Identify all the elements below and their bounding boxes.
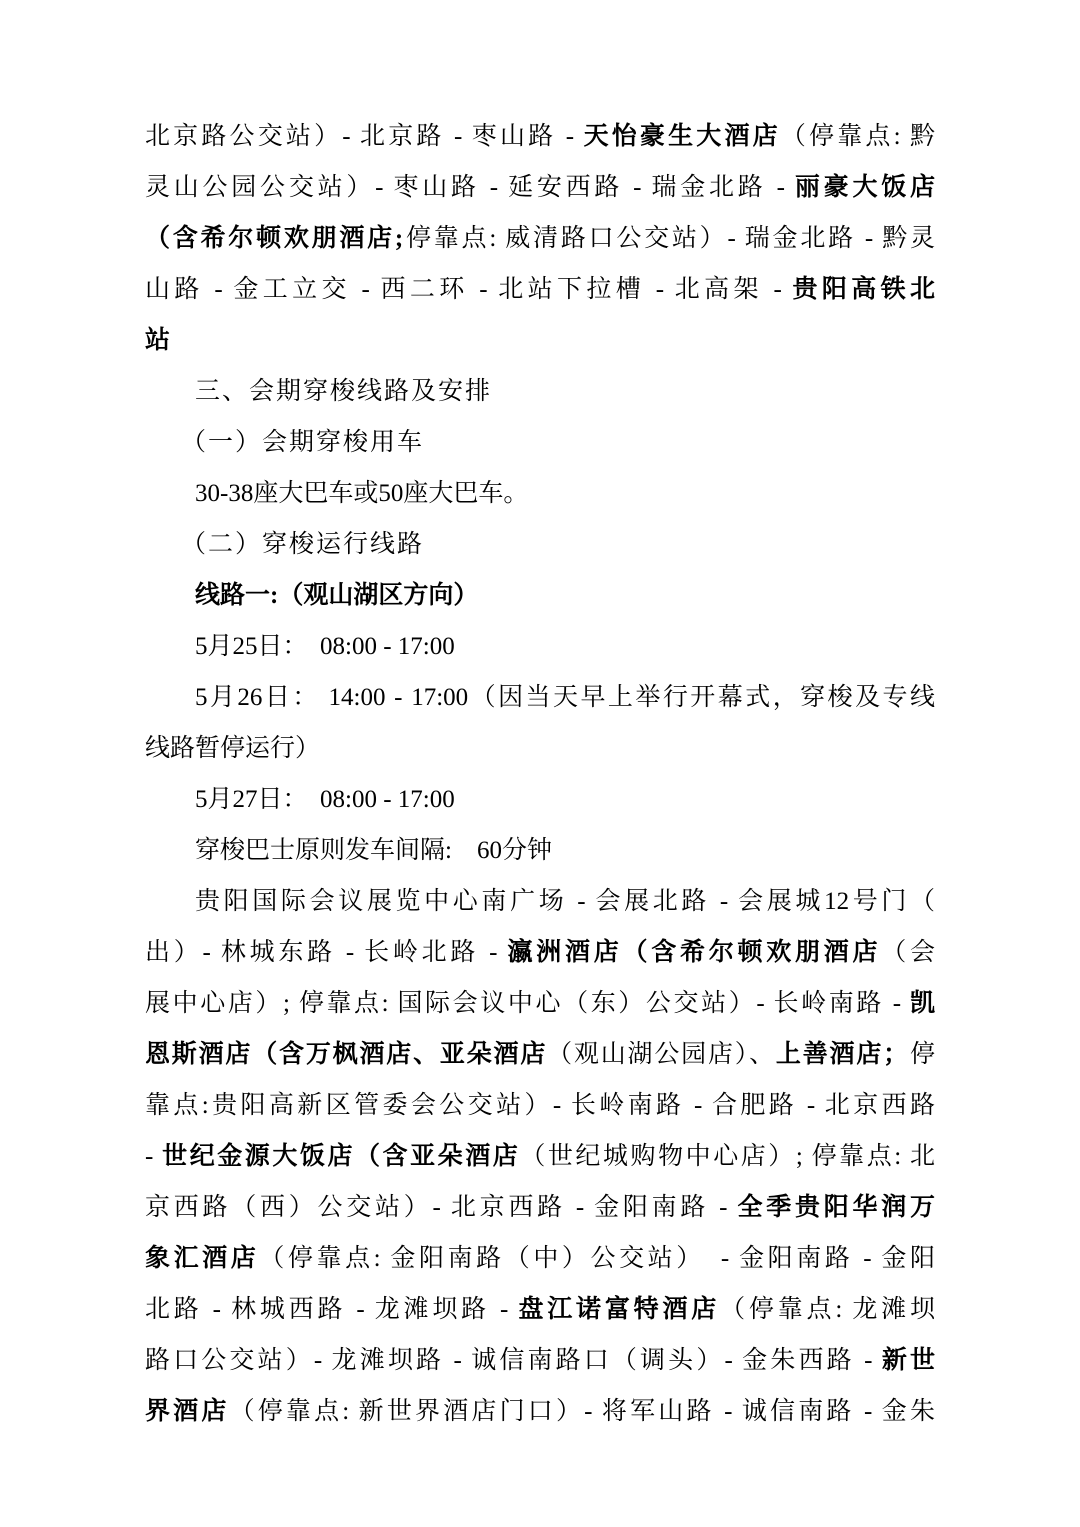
route1-description-line: 北路 - 林城西路 - 龙滩坝路 - 盘江诺富特酒店（停靠点: 龙滩坝 [145,1284,935,1335]
document-body: 北京路公交站）- 北京路 - 枣山路 - 天怡豪生大酒店（停靠点: 黔 灵山公园… [145,111,935,1437]
hotel-name-bold: 象汇酒店 [145,1245,259,1272]
text-run: 线路暂停运行） [145,735,320,762]
text-run: 5月26日： 14:00 - 17:00（因当天早上举行开幕式，穿梭及专线 [195,684,935,711]
text-run: 停靠点: 威清路口公交站）- 瑞金北路 - 黔灵 [403,225,935,252]
text-run: 靠点:贵阳高新区管委会公交站）- 长岭南路 - 合肥路 - 北京西路 [145,1092,935,1119]
text-run: 展中心店）; 停靠点: 国际会议中心（东）公交站）- 长岭南路 - [145,990,910,1017]
route2-continuation-line: 山路 - 金工立交 - 西二环 - 北站下拉槽 - 北高架 - 贵阳高铁北 [145,264,935,315]
schedule-line-may25: 5月25日： 08:00 - 17:00 [145,621,935,672]
subsection-heading-2: （二）穿梭运行线路 [145,519,935,570]
hotel-name-bold: 全季贵阳华润万 [737,1194,935,1221]
document-page: 北京路公交站）- 北京路 - 枣山路 - 天怡豪生大酒店（停靠点: 黔 灵山公园… [0,0,1080,1527]
route1-description-line: 京西路（西）公交站）- 北京西路 - 金阳南路 - 全季贵阳华润万 [145,1182,935,1233]
heading-text: 三、会期穿梭线路及安排 [195,378,492,405]
text-run: 5月25日： 08:00 - 17:00 [195,633,455,660]
heading-text: （一）会期穿梭用车 [181,429,424,456]
hotel-name-bold: 新世 [882,1347,935,1374]
route2-continuation-line: （含希尔顿欢朋酒店;停靠点: 威清路口公交站）- 瑞金北路 - 黔灵 [145,213,935,264]
text-run: 30-38座大巴车或50座大巴车。 [195,480,528,507]
station-name-bold: 站 [145,327,170,354]
schedule-line-may26: 5月26日： 14:00 - 17:00（因当天早上举行开幕式，穿梭及专线 [145,672,935,723]
hotel-name-bold: 界酒店 [145,1398,230,1425]
schedule-line-may27: 5月27日： 08:00 - 17:00 [145,774,935,825]
text-run: 5月27日： 08:00 - 17:00 [195,786,455,813]
station-name-bold: 贵阳高铁北 [792,276,935,303]
route1-description-line: 象汇酒店（停靠点: 金阳南路（中）公交站） - 金阳南路 - 金阳 [145,1233,935,1284]
route1-description-line: 贵阳国际会议展览中心南广场 - 会展北路 - 会展城12号门（ [145,876,935,927]
text-run: 路口公交站）- 龙滩坝路 - 诚信南路口（调头）- 金朱西路 - [145,1347,882,1374]
section-heading: 三、会期穿梭线路及安排 [145,366,935,417]
text-run: （观山湖公园店）、 [547,1041,776,1068]
text-run: - [145,1143,162,1170]
schedule-line-continuation: 线路暂停运行） [145,723,935,774]
text-run: 停 [908,1041,935,1068]
heading-text: （二）穿梭运行线路 [181,531,424,558]
route2-continuation-line: 灵山公园公交站）- 枣山路 - 延安西路 - 瑞金北路 - 丽豪大饭店 [145,162,935,213]
route1-description-line: 路口公交站）- 龙滩坝路 - 诚信南路口（调头）- 金朱西路 - 新世 [145,1335,935,1386]
text-run: （停靠点: 新世界酒店门口）- 将军山路 - 诚信南路 - 金朱 [230,1398,935,1425]
text-run: （停靠点: 黔 [781,123,935,150]
text-run: （停靠点: 金阳南路（中）公交站） - 金阳南路 - 金阳 [259,1245,935,1272]
route1-title: 线路一:（观山湖区方向） [145,570,935,621]
text-run: 穿梭巴士原则发车间隔: 60分钟 [195,837,552,864]
text-run: 贵阳国际会议展览中心南广场 - 会展北路 - 会展城12号门（ [195,888,935,915]
route1-description-line: 界酒店（停靠点: 新世界酒店门口）- 将军山路 - 诚信南路 - 金朱 [145,1386,935,1437]
text-run: 北路 - 林城西路 - 龙滩坝路 - [145,1296,518,1323]
route1-description-line: 靠点:贵阳高新区管委会公交站）- 长岭南路 - 合肥路 - 北京西路 [145,1080,935,1131]
interval-line: 穿梭巴士原则发车间隔: 60分钟 [145,825,935,876]
route2-continuation-line: 北京路公交站）- 北京路 - 枣山路 - 天怡豪生大酒店（停靠点: 黔 [145,111,935,162]
hotel-name-bold: 上善酒店； [776,1041,908,1068]
route1-description-line: 出）- 林城东路 - 长岭北路 - 瀛洲酒店（含希尔顿欢朋酒店（会 [145,927,935,978]
text-run: 京西路（西）公交站）- 北京西路 - 金阳南路 - [145,1194,737,1221]
hotel-name-bold: （含希尔顿欢朋酒店; [145,225,403,252]
text-run: 出）- 林城东路 - 长岭北路 - [145,939,507,966]
hotel-name-bold: 凯 [910,990,935,1017]
text-run: 山路 - 金工立交 - 西二环 - 北站下拉槽 - 北高架 - [145,276,792,303]
hotel-name-bold: 恩斯酒店（含万枫酒店、亚朵酒店 [145,1041,547,1068]
hotel-name-bold: 世纪金源大饭店（含亚朵酒店 [162,1143,520,1170]
bus-type-line: 30-38座大巴车或50座大巴车。 [145,468,935,519]
subsection-heading-1: （一）会期穿梭用车 [145,417,935,468]
route2-continuation-line: 站 [145,315,935,366]
hotel-name-bold: 盘江诺富特酒店 [518,1296,720,1323]
text-run: 灵山公园公交站）- 枣山路 - 延安西路 - 瑞金北路 - [145,174,795,201]
text-run: （世纪城购物中心店）; 停靠点: 北 [520,1143,935,1170]
text-run: 北京路公交站）- 北京路 - 枣山路 - [145,123,584,150]
route1-description-line: 恩斯酒店（含万枫酒店、亚朵酒店（观山湖公园店）、上善酒店；停 [145,1029,935,1080]
hotel-name-bold: 丽豪大饭店 [795,174,935,201]
route-title-bold: 线路一:（观山湖区方向） [195,582,478,609]
route1-description-line: 展中心店）; 停靠点: 国际会议中心（东）公交站）- 长岭南路 - 凯 [145,978,935,1029]
text-run: （停靠点: 龙滩坝 [720,1296,935,1323]
route1-description-line: - 世纪金源大饭店（含亚朵酒店（世纪城购物中心店）; 停靠点: 北 [145,1131,935,1182]
hotel-name-bold: 天怡豪生大酒店 [584,123,781,150]
text-run: （会 [881,939,935,966]
hotel-name-bold: 瀛洲酒店（含希尔顿欢朋酒店 [507,939,881,966]
